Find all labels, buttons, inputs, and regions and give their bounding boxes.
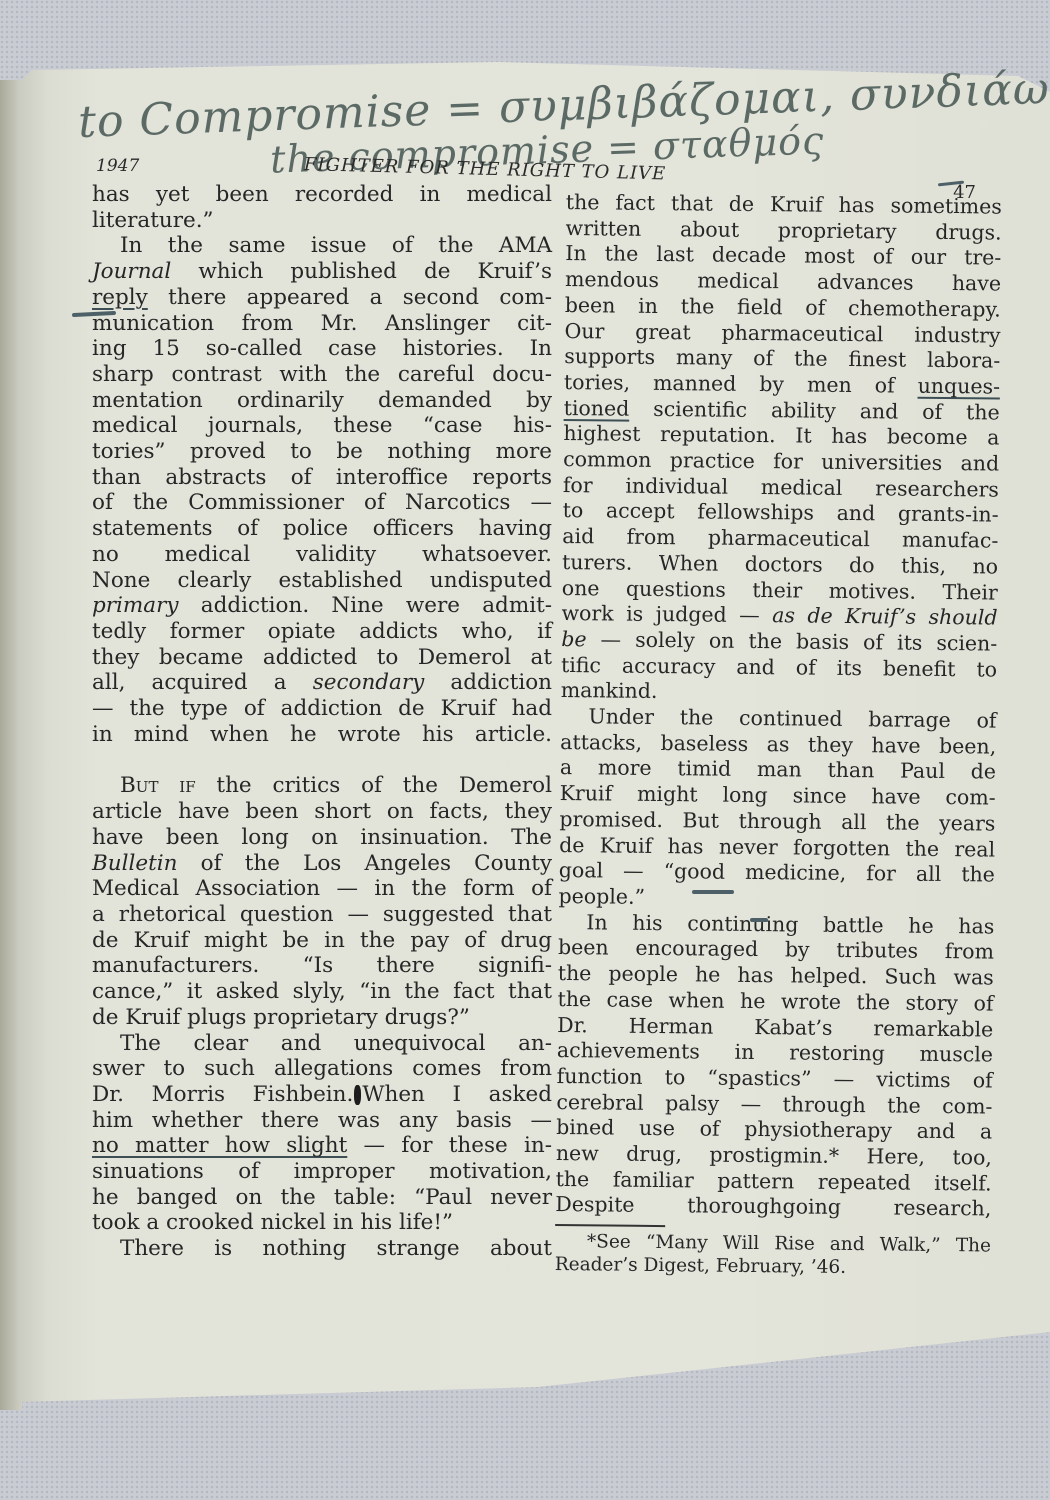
text-line: medical journals, these “case his- xyxy=(92,413,552,439)
text-fragment: addiction xyxy=(424,670,552,695)
text-line: he banged on the table: “Paul never xyxy=(92,1185,552,1211)
text-line: In the same issue of the AMA xyxy=(92,233,552,259)
italic-bulletin: Bulletin xyxy=(92,851,178,876)
italic-secondary: secondary xyxy=(313,670,425,695)
text-fragment: scientific ability and of the xyxy=(629,396,1000,424)
text-line: promised. But through all the years xyxy=(559,807,995,837)
text-fragment: there appeared a second com- xyxy=(148,285,552,310)
pen-underline-reply: reply xyxy=(92,285,148,310)
left-column: has yet been recorded in medical literat… xyxy=(92,182,552,1262)
text-fragment: When I asked xyxy=(362,1082,552,1107)
text-line: manufacturers. “Is there signifi- xyxy=(92,953,552,979)
text-line: article have been short on facts, they xyxy=(92,799,552,825)
text-fragment: work is judged — xyxy=(561,601,772,627)
pen-mark-after-people xyxy=(692,890,734,894)
text-line: de Kruif might be in the pay of drug xyxy=(92,928,552,954)
text-fragment: the critics of the Demerol xyxy=(196,773,552,798)
text-line: cance,” it asked slyly, “in the fact tha… xyxy=(92,979,552,1005)
text-line: None clearly established undisputed xyxy=(92,568,552,594)
pen-mark-continuing xyxy=(750,918,768,922)
text-line: primary addiction. Nine were admit- xyxy=(92,593,552,619)
year-label: 1947 xyxy=(96,156,139,176)
ink-blot-mark xyxy=(354,1085,361,1105)
text-line: reply there appeared a second com- xyxy=(92,285,552,311)
text-fragment: — for these in- xyxy=(347,1133,552,1158)
text-line: Journal which published de Kruif’s xyxy=(92,259,552,285)
text-line: Medical Association — in the form of xyxy=(92,876,552,902)
italic-journal: Journal xyxy=(92,259,171,284)
pen-underline-tioned: tioned xyxy=(564,396,630,421)
text-line: Bulletin of the Los Angeles County xyxy=(92,851,552,877)
text-line: no medical validity whatsoever. xyxy=(92,542,552,568)
text-fragment: all, acquired a xyxy=(92,670,313,695)
text-line: has yet been recorded in medical xyxy=(92,182,552,208)
text-line: they became addicted to Demerol at xyxy=(92,645,552,671)
text-line: him whether there was any basis — xyxy=(92,1108,552,1134)
text-line: than abstracts of interoffice reports xyxy=(92,465,552,491)
pen-underline-unquestioned: unques- xyxy=(918,374,1001,399)
text-line: all, acquired a secondary addiction xyxy=(92,670,552,696)
italic-as-de-kruifs-should: as de Kruif’s should xyxy=(772,603,998,629)
text-line: There is nothing strange about xyxy=(92,1236,552,1262)
text-line: sinuations of improper motivation, xyxy=(92,1159,552,1185)
text-fragment: of the Los Angeles County xyxy=(178,851,553,876)
italic-be: be xyxy=(561,627,587,651)
text-fragment: Dr. Morris Fishbein. xyxy=(92,1082,353,1107)
text-line: been in the field of chemotherapy. xyxy=(565,293,1001,323)
article-title: FIGHTER FOR THE RIGHT TO LIVE xyxy=(304,154,667,184)
text-line: munication from Mr. Anslinger cit- xyxy=(92,311,552,337)
text-line: have been long on insinuation. The xyxy=(92,825,552,851)
smallcaps-but-if: But if xyxy=(120,773,196,798)
right-column: the fact that de Kruif has sometimes wri… xyxy=(555,190,1002,1281)
footnote-line: Reader’s Digest, February, ’46. xyxy=(555,1253,991,1281)
text-fragment: addiction. Nine were admit- xyxy=(179,593,552,618)
italic-primary: primary xyxy=(92,593,179,618)
text-line: a rhetorical question — suggested that xyxy=(92,902,552,928)
text-line: of the Commissioner of Narcotics — xyxy=(92,490,552,516)
text-fragment: — solely on the basis of its scien- xyxy=(586,627,997,655)
text-line: ing 15 so-called case histories. In xyxy=(92,336,552,362)
text-line: statements of police officers having xyxy=(92,516,552,542)
text-line: tories” proved to be nothing more xyxy=(92,439,552,465)
section-break xyxy=(92,747,552,773)
text-line: The clear and unequivocal an- xyxy=(92,1031,552,1057)
text-line: literature.” xyxy=(92,208,552,234)
pen-underline-no-matter-how-slight: no matter how slight xyxy=(92,1133,347,1158)
text-line: mentation ordinarily demanded by xyxy=(92,388,552,414)
footnote-rule xyxy=(555,1224,665,1227)
text-line: no matter how slight — for these in- xyxy=(92,1133,552,1159)
text-line: turers. When doctors do this, no xyxy=(562,550,998,580)
text-line: de Kruif plugs proprietary drugs?” xyxy=(92,1005,552,1031)
text-line: Despite thoroughgoing research, xyxy=(555,1192,991,1222)
text-line: But if the critics of the Demerol xyxy=(92,773,552,799)
text-line: function to “spastics” — victims of xyxy=(557,1064,993,1094)
footnote: *See “Many Will Rise and Walk,” The Read… xyxy=(555,1230,991,1281)
text-line: Dr. Morris Fishbein.When I asked xyxy=(92,1082,552,1108)
text-line: sharp contrast with the careful docu- xyxy=(92,362,552,388)
text-line: took a crooked nickel in his life!” xyxy=(92,1210,552,1236)
text-line: — the type of addiction de Kruif had xyxy=(92,696,552,722)
text-line: swer to such allegations comes from xyxy=(92,1056,552,1082)
text-fragment: which published de Kruif’s xyxy=(198,259,552,284)
text-line: the case when he wrote the story of xyxy=(557,987,993,1017)
text-line: tedly former opiate addicts who, if xyxy=(92,619,552,645)
text-fragment: tories, manned by men of xyxy=(564,370,918,398)
text-line: in mind when he wrote his article. xyxy=(92,722,552,748)
